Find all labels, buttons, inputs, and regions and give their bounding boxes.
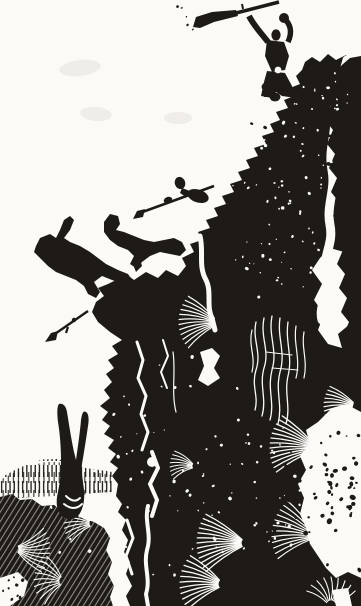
head <box>271 29 280 40</box>
woodcut-illustration: Black-and-white woodcut illustration: a … <box>0 0 361 606</box>
illustration-canvas: Black-and-white woodcut illustration: a … <box>0 0 361 606</box>
belt-highlight <box>275 67 282 74</box>
